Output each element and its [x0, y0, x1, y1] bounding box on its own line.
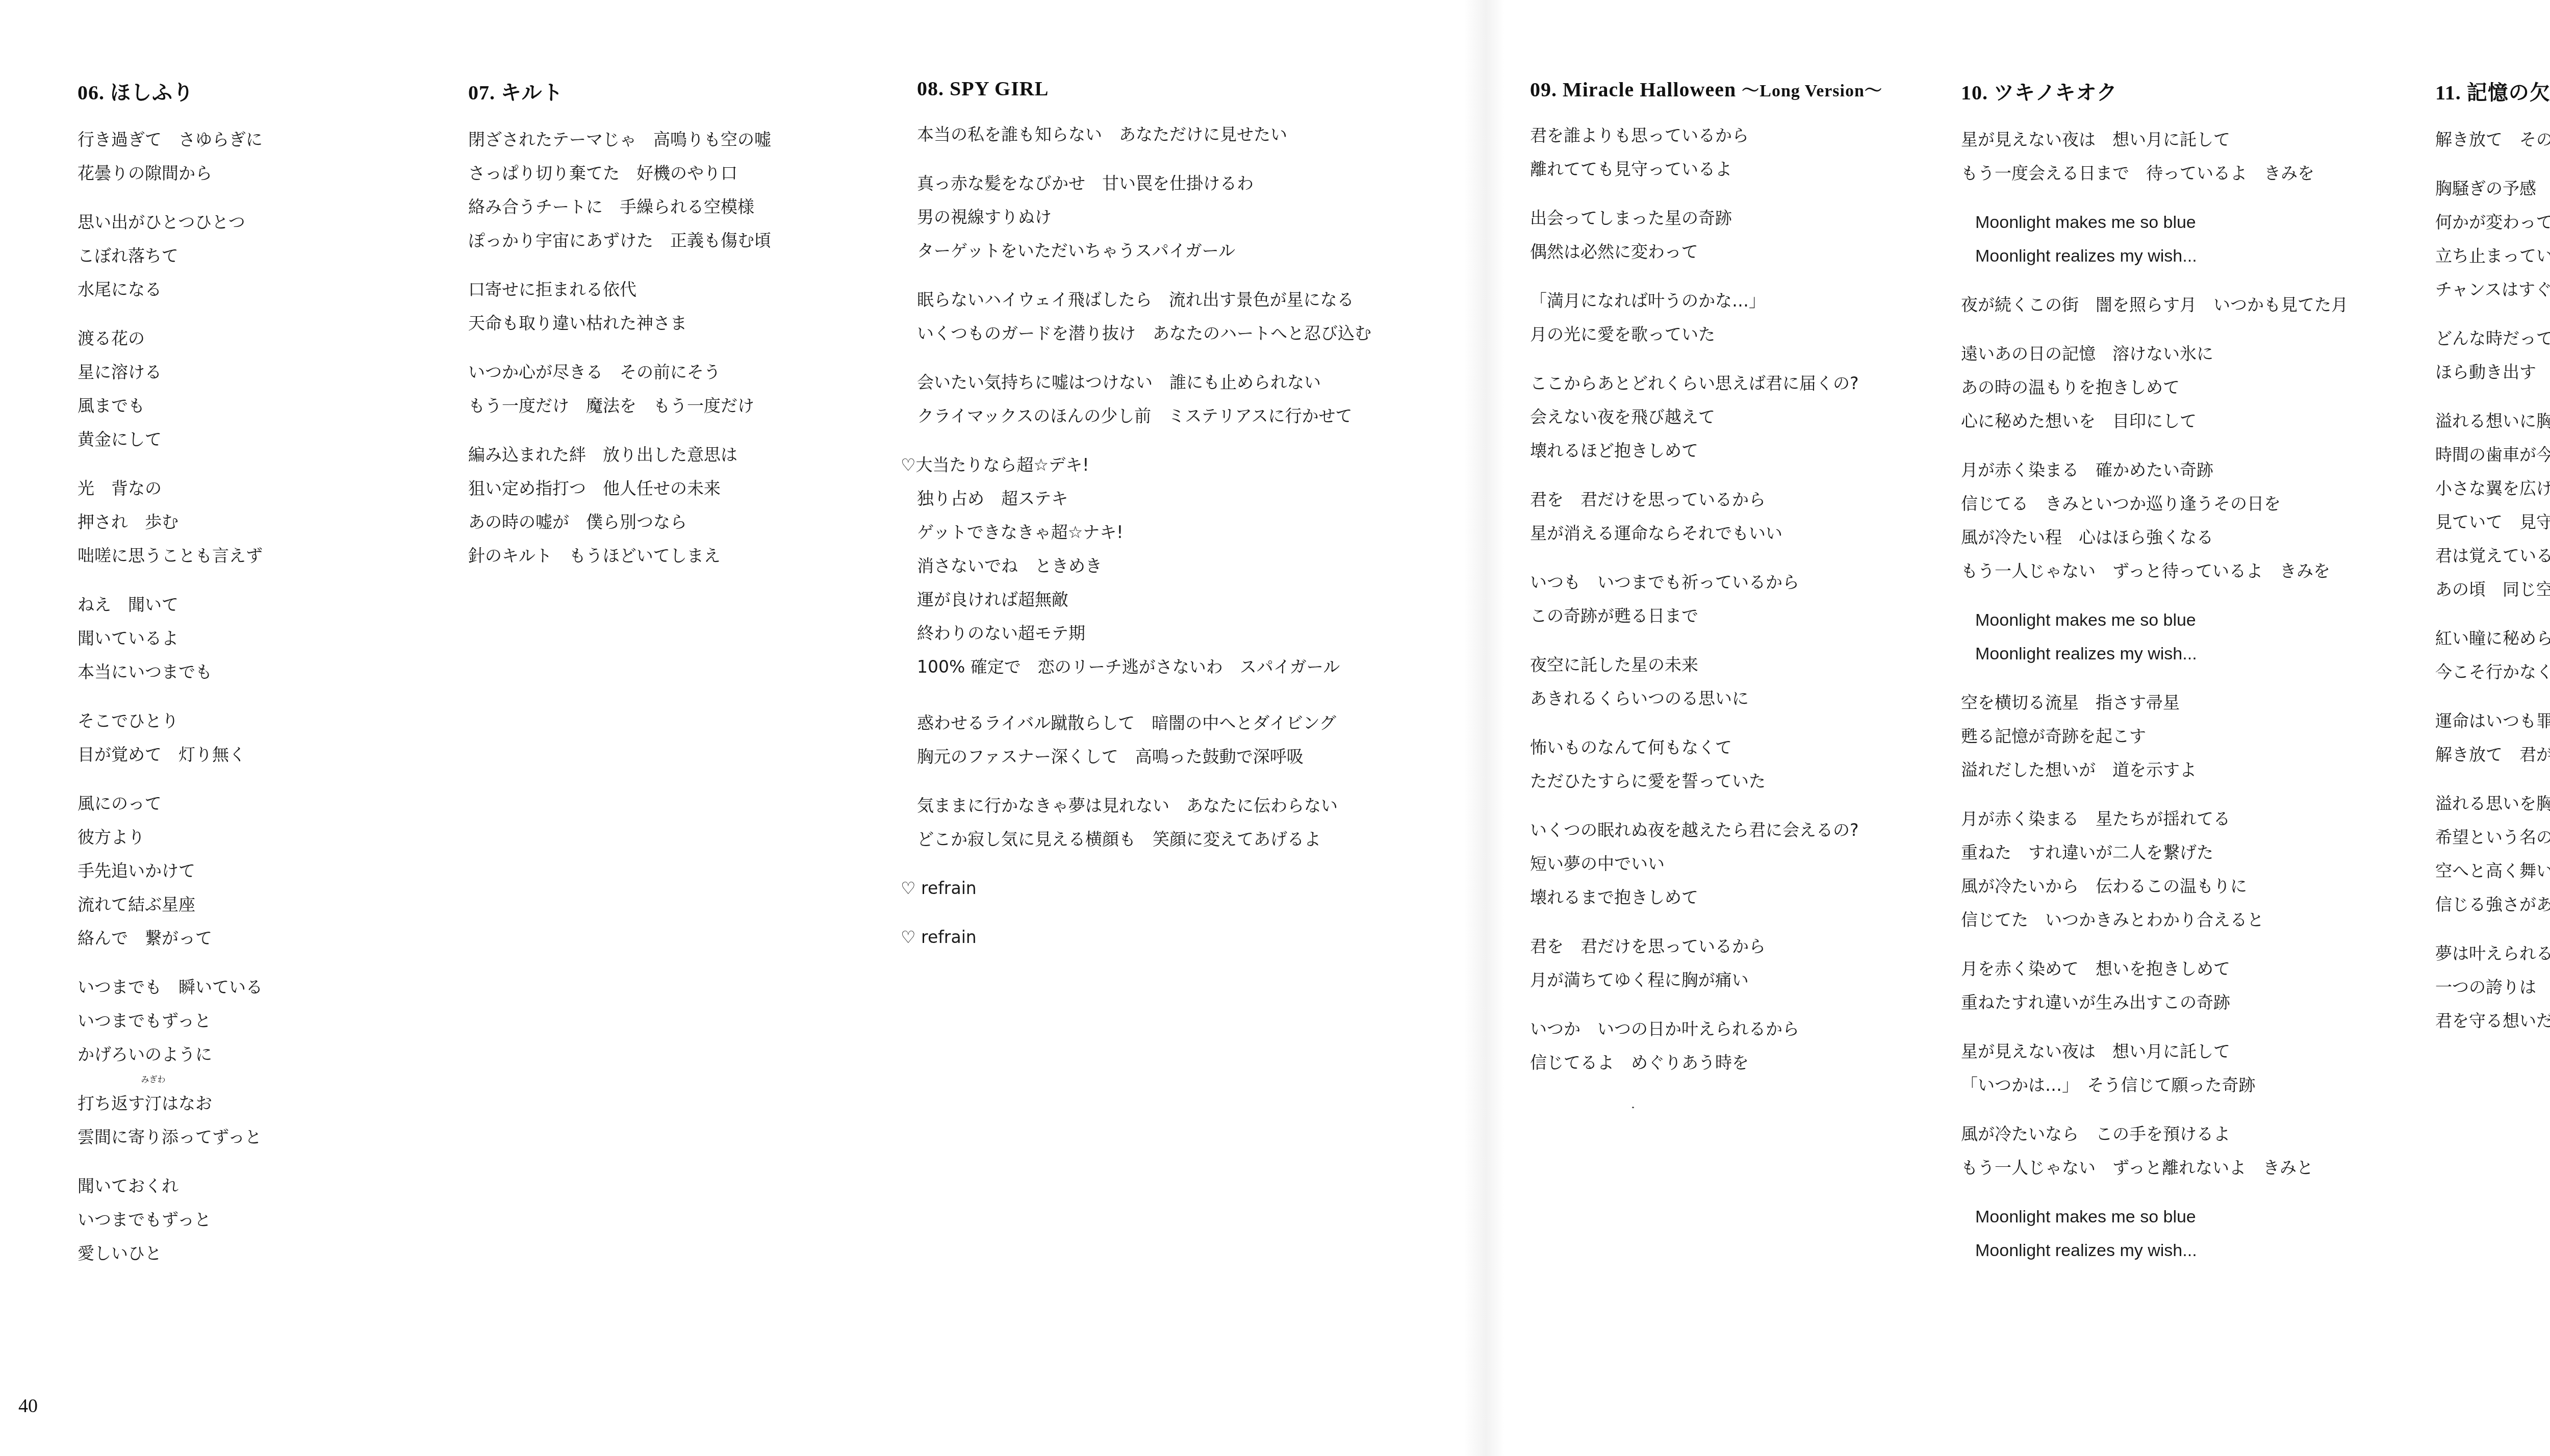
lyric-line: どんな時だって 諦めない	[2435, 322, 2550, 355]
lyric-line: 信じてた いつかきみとわかり合えると	[1961, 903, 2348, 937]
lyric-line: 押され 歩む	[78, 505, 263, 539]
stanza: ねえ 聞いて聞いているよ本当にいつまでも	[78, 588, 263, 689]
lyric-line: 立ち止まっている時間など 一秒もなくて	[2435, 239, 2550, 273]
lyric-line: いつまでもずっと	[78, 1203, 263, 1237]
lyric-line: 溢れだした想いが 道を示すよ	[1961, 753, 2348, 787]
lyric-line: 君を 君だけを思っているから	[1530, 483, 1882, 517]
stanza: Moonlight makes me so blueMoonlight real…	[1961, 1200, 2348, 1267]
stanza: 打ち返す汀みぎわはなお雲間に寄り添ってずっと	[78, 1087, 263, 1154]
lyric-line: 愛しいひと	[78, 1237, 263, 1270]
lyric-line: 口寄せに拒まれる依代	[468, 273, 771, 306]
lyric-line: 風が冷たいから 伝わるこの温もりに	[1961, 870, 2348, 903]
lyric-line: Moonlight makes me so blue	[1961, 603, 2348, 637]
lyric-line: ここからあとどれくらい思えば君に届くの?	[1530, 367, 1882, 400]
lyric-line: 目が覚めて 灯り無く	[78, 738, 263, 772]
lyric-line: さっぱり切り棄てた 好機のやり口	[468, 157, 771, 190]
stanza: Moonlight makes me so blueMoonlight real…	[1961, 603, 2348, 671]
stanza: 夢は叶えられる 今がその時一つの誇りは君を守る想いだけ	[2435, 937, 2550, 1038]
lyric-line: 手先追いかけて	[78, 854, 263, 888]
lyric-line: いつまでもずっと	[78, 1004, 263, 1038]
lyric-line: いつか心が尽きる その前にそう	[468, 355, 771, 389]
lyric-line: 君を 君だけを思っているから	[1530, 930, 1882, 963]
lyrics-body: 本当の私を誰も知らない あなただけに見せたい真っ赤な髪をなびかせ 甘い罠を仕掛け…	[917, 118, 1371, 954]
lyric-line: かげろいのように	[78, 1038, 263, 1071]
lyric-line: あきれるくらいつのる思いに	[1530, 682, 1882, 716]
lyric-line: 運が良ければ超無敵	[917, 583, 1371, 617]
lyric-line: あの頃 同じ空の下で見てた夢を	[2435, 573, 2550, 606]
lyric-line: 重ねたすれ違いが生み出すこの奇跡	[1961, 986, 2348, 1019]
lyric-line: あの時の嘘が 僕ら別つなら	[468, 505, 771, 539]
song-title: 08. SPY GIRL	[917, 76, 1371, 100]
lyric-line: 離れてても見守っているよ	[1530, 152, 1882, 186]
stanza: ♡大当たりなら超☆デキ!独り占め 超ステキゲットできなきゃ超☆ナキ!消さないでね…	[917, 448, 1371, 684]
stanza: 月が赤く染まる 星たちが揺れてる重ねた すれ違いが二人を繋げた風が冷たいから 伝…	[1961, 802, 2348, 937]
lyric-line: 夜が続くこの街 闇を照らす月 いつかも見てた月	[1961, 288, 2348, 322]
lyric-line: いつまでも 瞬いている	[78, 970, 263, 1004]
lyric-line: 会えない夜を飛び越えて	[1530, 400, 1882, 434]
lyric-line: チャンスはすぐそこに 目の前にあるから	[2435, 273, 2550, 306]
stanza: いくつの眠れぬ夜を越えたら君に会えるの?短い夢の中でいい壊れるまで抱きしめて	[1530, 813, 1882, 914]
lyric-line: 雲間に寄り添ってずっと	[78, 1120, 263, 1154]
lyric-line: 遠いあの日の記憶 溶けない氷に	[1961, 337, 2348, 371]
song-title: 11. 記憶の欠片	[2435, 76, 2550, 106]
stanza: 行き過ぎて さゆらぎに花曇りの隙間から	[78, 123, 263, 190]
stanza: ここからあとどれくらい思えば君に届くの?会えない夜を飛び越えて壊れるほど抱きしめ…	[1530, 367, 1882, 468]
lyrics-body: 閉ざされたテーマじゃ 高鳴りも空の嘘さっぱり切り棄てた 好機のやり口絡み合うチー…	[468, 123, 771, 573]
lyric-line: 針のキルト もうほどいてしまえ	[468, 539, 771, 573]
lyric-line: いくつものガードを潜り抜け あなたのハートへと忍び込む	[917, 317, 1371, 350]
lyric-line: Moonlight realizes my wish...	[1961, 239, 2348, 273]
lyric-line: 真っ赤な髪をなびかせ 甘い罠を仕掛けるわ	[917, 167, 1371, 200]
lyric-line: 100% 確定で 恋のリーチ逃がさないわ スパイガール	[917, 650, 1371, 684]
stanza: ♡ refrain	[917, 872, 1371, 905]
lyric-line: クライマックスのほんの少し前 ミステリアスに行かせて	[917, 399, 1371, 433]
lyric-line: 風までも	[78, 389, 263, 423]
lyric-line: 黄金にして	[78, 423, 263, 456]
stanza: 君を 君だけを思っているから月が満ちてゆく程に胸が痛い	[1530, 930, 1882, 997]
lyric-line: Moonlight realizes my wish...	[1961, 1234, 2348, 1267]
lyric-line: 小さな翼を広げて羽ばたくから	[2435, 472, 2550, 505]
lyric-line: Moonlight makes me so blue	[1961, 1200, 2348, 1234]
lyric-line: 溢れる思いを胸に抱きしめて 羽ばたく時	[2435, 787, 2550, 821]
song-10-tsuki-no-kioku: 10. ツキノキオク 星が見えない夜は 想い月に託してもう一度会える日まで 待っ…	[1961, 76, 2348, 1283]
stanza: 月を赤く染めて 想いを抱きしめて重ねたすれ違いが生み出すこの奇跡	[1961, 952, 2348, 1019]
lyric-line: 星が消える運命ならそれでもいい	[1530, 517, 1882, 550]
stanza: 口寄せに拒まれる依代天命も取り違い枯れた神さま	[468, 273, 771, 340]
lyric-line: 星に溶ける	[78, 355, 263, 389]
stanza: 編み込まれた絆 放り出した意思は狙い定め指打つ 他人任せの未来あの時の嘘が 僕ら…	[468, 438, 771, 573]
stanza: いつまでも 瞬いているいつまでもずっとかげろいのように	[78, 970, 263, 1071]
lyric-line: ♡ refrain	[901, 872, 1371, 905]
lyric-line: この奇跡が甦る日まで	[1530, 599, 1882, 633]
furigana: みぎわ	[141, 1076, 165, 1084]
lyric-line: 一つの誇りは	[2435, 970, 2550, 1004]
lyric-line: 気ままに行かなきゃ夢は見れない あなたに伝わらない	[917, 789, 1371, 823]
stanza: 閉ざされたテーマじゃ 高鳴りも空の嘘さっぱり切り棄てた 好機のやり口絡み合うチー…	[468, 123, 771, 258]
stanza: 遠いあの日の記憶 溶けない氷にあの時の温もりを抱きしめて心に秘めた想いを 目印に…	[1961, 337, 2348, 438]
lyric-line: 星が見えない夜は 想い月に託して	[1961, 123, 2348, 157]
lyric-line: こぼれ落ちて	[78, 239, 263, 273]
lyric-line: 夢は叶えられる 今がその時	[2435, 937, 2550, 970]
lyric-line: 月を赤く染めて 想いを抱きしめて	[1961, 952, 2348, 986]
lyric-line: 風が冷たい程 心はほら強くなる	[1961, 521, 2348, 554]
lyric-line: 本当にいつまでも	[78, 655, 263, 689]
lyric-line: 月が満ちてゆく程に胸が痛い	[1530, 963, 1882, 997]
lyric-line: 甦る記憶が奇跡を起こす	[1961, 720, 2348, 753]
lyric-line: 風にのって	[78, 787, 263, 821]
stanza: 紅い瞳に秘められた魔力ちからを感じて今こそ行かなくちゃ 決して振り向かないで	[2435, 622, 2550, 689]
lyric-line: 信じてる きみといつか巡り逢うその日を	[1961, 487, 2348, 521]
lyric-line: 咄嗟に思うことも言えず	[78, 539, 263, 573]
stanza: 君を誰よりも思っているから離れてても見守っているよ	[1530, 119, 1882, 186]
lyric-line: もう一度だけ 魔法を もう一度だけ	[468, 389, 771, 423]
stanza: いつか心が尽きる その前にそうもう一度だけ 魔法を もう一度だけ	[468, 355, 771, 423]
stanza: そこでひとり目が覚めて 灯り無く	[78, 704, 263, 772]
stanza: 思い出がひとつひとつこぼれ落ちて水尾になる	[78, 206, 263, 306]
lyric-line: 短い夢の中でいい	[1530, 847, 1882, 881]
stanza: 運命はいつも罪作りで 謎をかけてく解き放て 君が教えてくれた勇気	[2435, 704, 2550, 772]
lyric-line: 花曇りの隙間から	[78, 157, 263, 190]
lyric-line: 聞いておくれ	[78, 1169, 263, 1203]
stanza: 夜空に託した星の未来あきれるくらいつのる思いに	[1530, 648, 1882, 716]
stanza: 会いたい気持ちに嘘はつけない 誰にも止められないクライマックスのほんの少し前 ミ…	[917, 366, 1371, 433]
stanza: ♡ refrain	[917, 921, 1371, 954]
lyric-line: 本当の私を誰も知らない あなただけに見せたい	[917, 118, 1371, 151]
stanza: 星が見えない夜は 想い月に託してもう一度会える日まで 待っているよ きみを	[1961, 123, 2348, 190]
lyric-line: もう一人じゃない ずっと待っているよ きみを	[1961, 554, 2348, 588]
lyric-line: 眠らないハイウェイ飛ばしたら 流れ出す景色が星になる	[917, 283, 1371, 317]
lyric-line: そこでひとり	[78, 704, 263, 738]
lyric-line: 狙い定め指打つ 他人任せの未来	[468, 472, 771, 505]
lyric-line: 出会ってしまった星の奇跡	[1530, 201, 1882, 235]
lyric-line: 「いつかは…」 そう信じて願った奇跡	[1961, 1068, 2348, 1102]
stanza: 気ままに行かなきゃ夢は見れない あなたに伝わらないどこか寂し気に見える横顔も 笑…	[917, 789, 1371, 856]
lyric-line: あの時の温もりを抱きしめて	[1961, 371, 2348, 404]
lyric-line: 夜空に託した星の未来	[1530, 648, 1882, 682]
lyric-line: 終わりのない超モテ期	[917, 617, 1371, 650]
stanza: Moonlight makes me so blueMoonlight real…	[1961, 206, 2348, 273]
lyric-line: 「満月になれば叶うのかな…」	[1530, 284, 1882, 318]
lyric-line: 君を誰よりも思っているから	[1530, 119, 1882, 152]
stanza: いつも いつまでも祈っているからこの奇跡が甦る日まで	[1530, 566, 1882, 633]
song-06-hoshifuri: 06. ほしふり 行き過ぎて さゆらぎに花曇りの隙間から思い出がひとつひとつこぼ…	[78, 76, 263, 1286]
lyric-line: 君は覚えている? 記憶の欠片	[2435, 539, 2550, 573]
stanza: 星が見えない夜は 想い月に託して「いつかは…」 そう信じて願った奇跡	[1961, 1035, 2348, 1102]
lyric-line: 運命はいつも罪作りで 謎をかけてく	[2435, 704, 2550, 738]
stanza: 空を横切る流星 指さす帚星甦る記憶が奇跡を起こす溢れだした想いが 道を示すよ	[1961, 686, 2348, 787]
page-gutter-shadow	[1464, 0, 1504, 1456]
lyric-line: 独り占め 超ステキ	[917, 482, 1371, 516]
lyric-line: ♡大当たりなら超☆デキ!	[901, 448, 1371, 482]
lyrics-body: 君を誰よりも思っているから離れてても見守っているよ出会ってしまった星の奇跡偶然は…	[1530, 119, 1882, 1080]
stanza: いつか いつの日か叶えられるから信じてるよ めぐりあう時を	[1530, 1012, 1882, 1080]
lyrics-body: 星が見えない夜は 想い月に託してもう一度会える日まで 待っているよ きみをMoo…	[1961, 123, 2348, 1267]
lyric-line: ♡ refrain	[901, 921, 1371, 954]
lyric-line: ゲットできなきゃ超☆ナキ!	[917, 516, 1371, 549]
stanza: 本当の私を誰も知らない あなただけに見せたい	[917, 118, 1371, 151]
lyric-line: 思い出がひとつひとつ	[78, 206, 263, 239]
lyric-line: 心に秘めた想いを 目印にして	[1961, 404, 2348, 438]
lyric-line: ほら動き出す 不安さえ全て強さに変える奇跡	[2435, 355, 2550, 389]
lyric-line: 解き放て その想いを	[2435, 123, 2550, 157]
lyric-line: もう一人じゃない ずっと離れないよ きみと	[1961, 1151, 2348, 1185]
song-title: 06. ほしふり	[78, 76, 263, 106]
lyric-line: 惑わせるライバル蹴散らして 暗闇の中へとダイビング	[917, 706, 1371, 740]
stanza: 眠らないハイウェイ飛ばしたら 流れ出す景色が星になるいくつものガードを潜り抜け …	[917, 283, 1371, 350]
lyric-line: 時間の歯車が今 回り出せば	[2435, 438, 2550, 472]
song-08-spy-girl: 08. SPY GIRL 本当の私を誰も知らない あなただけに見せたい真っ赤な髪…	[917, 76, 1371, 969]
stanza: 光 背なの押され 歩む咄嗟に思うことも言えず	[78, 472, 263, 573]
lyric-line: いつか いつの日か叶えられるから	[1530, 1012, 1882, 1046]
stanza: 聞いておくれいつまでもずっと愛しいひと	[78, 1169, 263, 1270]
song-title: 10. ツキノキオク	[1961, 76, 2348, 106]
stanza: 解き放て その想いを	[2435, 123, 2550, 157]
lyric-line: 消さないでね ときめき	[917, 549, 1371, 583]
lyric-line: 絡んで 繋がって	[78, 922, 263, 955]
lyric-line: 編み込まれた絆 放り出した意思は	[468, 438, 771, 472]
lyric-line: Moonlight realizes my wish...	[1961, 637, 2348, 671]
scan-speck	[1632, 1107, 1634, 1108]
lyric-line: 信じてるよ めぐりあう時を	[1530, 1046, 1882, 1080]
song-07-quilt: 07. キルト 閉ざされたテーマじゃ 高鳴りも空の嘘さっぱり切り棄てた 好機のや…	[468, 76, 771, 588]
lyric-line: 風が冷たいなら この手を預けるよ	[1961, 1117, 2348, 1151]
lyric-line: 水尾になる	[78, 273, 263, 306]
lyric-line: 偶然は必然に変わって	[1530, 235, 1882, 269]
lyric-line: 空へと高く舞い上がれ 月を越えて	[2435, 854, 2550, 888]
stanza: 月が赤く染まる 確かめたい奇跡信じてる きみといつか巡り逢うその日を風が冷たい程…	[1961, 453, 2348, 588]
booklet-spread: 06. ほしふり 行き過ぎて さゆらぎに花曇りの隙間から思い出がひとつひとつこぼ…	[0, 0, 2550, 1456]
lyric-line: 星が見えない夜は 想い月に託して	[1961, 1035, 2348, 1068]
song-title: 07. キルト	[468, 76, 771, 106]
lyric-line: 胸騒ぎの予感 ざわめく街並	[2435, 172, 2550, 206]
lyric-line: 胸元のファスナー深くして 高鳴った鼓動で深呼吸	[917, 740, 1371, 774]
stanza: 真っ赤な髪をなびかせ 甘い罠を仕掛けるわ男の視線すりぬけターゲットをいただいちゃ…	[917, 167, 1371, 268]
lyric-line: 聞いているよ	[78, 622, 263, 655]
lyric-line: Moonlight makes me so blue	[1961, 206, 2348, 239]
stanza: 惑わせるライバル蹴散らして 暗闇の中へとダイビング胸元のファスナー深くして 高鳴…	[917, 706, 1371, 774]
lyric-line: いくつの眠れぬ夜を越えたら君に会えるの?	[1530, 813, 1882, 847]
lyric-line: ただひたすらに愛を誓っていた	[1530, 764, 1882, 798]
lyric-line: ねえ 聞いて	[78, 588, 263, 622]
lyric-line: 見ていて 見守っていて ずっと	[2435, 505, 2550, 539]
lyric-line: 君を守る想いだけ	[2435, 1004, 2550, 1038]
song-11-kioku-no-kakera: 11. 記憶の欠片 解き放て その想いを胸騒ぎの予感 ざわめく街並何かが変わって…	[2435, 76, 2550, 1053]
lyric-line: 打ち返す汀みぎわはなお	[78, 1087, 263, 1120]
lyric-line: 壊れるまで抱きしめて	[1530, 881, 1882, 914]
lyric-line: いつも いつまでも祈っているから	[1530, 566, 1882, 599]
stanza: 「満月になれば叶うのかな…」月の光に愛を歌っていた	[1530, 284, 1882, 351]
stanza: 怖いものなんて何もなくてただひたすらに愛を誓っていた	[1530, 731, 1882, 798]
lyric-line: 絡み合うチートに 手繰られる空模様	[468, 190, 771, 224]
stanza: 胸騒ぎの予感 ざわめく街並何かが変わっている 昨日と違う立ち止まっている時間など…	[2435, 172, 2550, 306]
stanza: 風が冷たいなら この手を預けるよもう一人じゃない ずっと離れないよ きみと	[1961, 1117, 2348, 1185]
lyric-line: 月の光に愛を歌っていた	[1530, 318, 1882, 351]
lyric-line: 怖いものなんて何もなくて	[1530, 731, 1882, 764]
lyric-line: 月が赤く染まる 確かめたい奇跡	[1961, 453, 2348, 487]
lyric-line: 信じる強さがあれば きっと	[2435, 888, 2550, 922]
stanza: 溢れる想いに胸は高鳴って 止まらなくて時間の歯車が今 回り出せば小さな翼を広げて…	[2435, 404, 2550, 606]
stanza: 渡る花の星に溶ける風までも黄金にして	[78, 322, 263, 456]
lyric-line: 流れて結ぶ星座	[78, 888, 263, 922]
stanza: 風にのって彼方より手先追いかけて流れて結ぶ星座絡んで 繋がって	[78, 787, 263, 955]
lyric-line: もう一度会える日まで 待っているよ きみを	[1961, 157, 2348, 190]
lyric-line: 重ねた すれ違いが二人を繋げた	[1961, 836, 2348, 870]
lyric-line: 渡る花の	[78, 322, 263, 355]
lyric-line: ぽっかり宇宙にあずけた 正義も傷む頃	[468, 224, 771, 258]
lyric-line: 彼方より	[78, 821, 263, 854]
lyric-line: 紅い瞳に秘められた魔力ちからを感じて	[2435, 622, 2550, 655]
ruby-annotated-word: 汀みぎわ	[145, 1087, 162, 1120]
lyric-line: 天命も取り違い枯れた神さま	[468, 306, 771, 340]
page-number-left: 40	[18, 1395, 38, 1417]
lyric-line: 男の視線すりぬけ	[917, 200, 1371, 234]
lyric-line: 希望という名の翼 風に乗って	[2435, 821, 2550, 854]
lyrics-body: 解き放て その想いを胸騒ぎの予感 ざわめく街並何かが変わっている 昨日と違う立ち…	[2435, 123, 2550, 1038]
lyric-line: 今こそ行かなくちゃ 決して振り向かないで	[2435, 655, 2550, 689]
song-09-miracle-halloween: 09. Miracle Halloween ～Long Version～ 君を誰…	[1530, 76, 1882, 1095]
lyric-line: 何かが変わっている 昨日と違う	[2435, 206, 2550, 239]
lyric-line: 空を横切る流星 指さす帚星	[1961, 686, 2348, 720]
stanza: どんな時だって 諦めないほら動き出す 不安さえ全て強さに変える奇跡	[2435, 322, 2550, 389]
lyric-line: 行き過ぎて さゆらぎに	[78, 123, 263, 157]
stanza: 君を 君だけを思っているから星が消える運命ならそれでもいい	[1530, 483, 1882, 550]
lyric-line: ターゲットをいただいちゃうスパイガール	[917, 234, 1371, 268]
lyric-line: 光 背なの	[78, 472, 263, 505]
lyric-line: 壊れるほど抱きしめて	[1530, 434, 1882, 468]
lyric-line: どこか寂し気に見える横顔も 笑顔に変えてあげるよ	[917, 823, 1371, 856]
lyrics-body: 行き過ぎて さゆらぎに花曇りの隙間から思い出がひとつひとつこぼれ落ちて水尾になる…	[78, 123, 263, 1270]
song-title: 09. Miracle Halloween ～Long Version～	[1530, 76, 1882, 101]
lyric-line: 解き放て 君が教えてくれた勇気	[2435, 738, 2550, 772]
lyric-line: 溢れる想いに胸は高鳴って 止まらなくて	[2435, 404, 2550, 438]
lyric-line: 月が赤く染まる 星たちが揺れてる	[1961, 802, 2348, 836]
lyric-line: 会いたい気持ちに嘘はつけない 誰にも止められない	[917, 366, 1371, 399]
stanza: 夜が続くこの街 闇を照らす月 いつかも見てた月	[1961, 288, 2348, 322]
lyric-line: 閉ざされたテーマじゃ 高鳴りも空の嘘	[468, 123, 771, 157]
stanza: 出会ってしまった星の奇跡偶然は必然に変わって	[1530, 201, 1882, 269]
stanza: 溢れる思いを胸に抱きしめて 羽ばたく時希望という名の翼 風に乗って空へと高く舞い…	[2435, 787, 2550, 922]
